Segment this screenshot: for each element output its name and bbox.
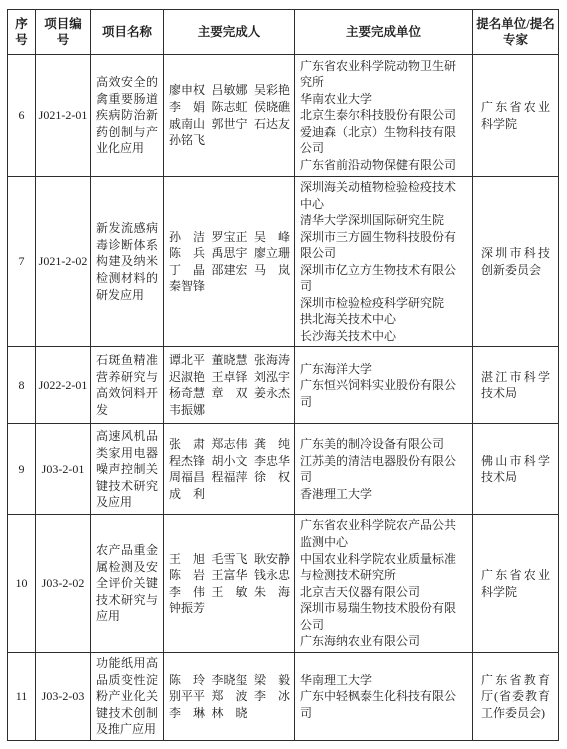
cell-serial: 8 (8, 347, 36, 424)
person-name: 孙洁 (169, 229, 205, 246)
header-nominator: 提名单位/提名专家 (473, 10, 559, 55)
cell-project-code: J03-2-01 (36, 424, 91, 515)
cell-project-code: J021-2-01 (36, 55, 91, 177)
person-name: 李忠华 (254, 453, 290, 470)
person-name: 廖立珊 (254, 245, 290, 262)
cell-people: 陈玲李晓玺梁毅别平平郑波李冰李琳林晓 (164, 652, 295, 740)
document-page: 序号 项目编号 项目名称 主要完成人 主要完成单位 提名单位/提名专家 6J02… (0, 0, 567, 741)
unit-line: 长沙海关技术中心 (300, 328, 466, 345)
person-name: 徐权 (254, 469, 290, 486)
person-name: 朱海 (254, 584, 290, 601)
cell-people: 廖申权吕敏娜吴彩艳李娟陈志虹侯晓礁戚南山郭世宁石达友孙铭飞 (164, 55, 295, 177)
person-name: 林晓 (212, 705, 248, 722)
table-header: 序号 项目编号 项目名称 主要完成人 主要完成单位 提名单位/提名专家 (8, 10, 559, 55)
people-grid: 谭北平董晓慧张海涛迟淑艳王卓铎刘泓宇杨奇慧章双姜永杰韦振娜 (169, 352, 290, 418)
unit-line: 深圳市三方圆生物科技股份有限公司 (300, 229, 466, 262)
person-name: 杨奇慧 (169, 385, 205, 402)
person-name: 马岚 (254, 262, 290, 279)
cell-people: 孙洁罗宝正吴峰陈兵禹思宇廖立珊丁晶邵建宏马岚秦智锋 (164, 177, 295, 347)
cell-project-name: 高效安全的禽重要肠道疾病防治新药创制与产业化应用 (91, 55, 164, 177)
cell-project-code: J021-2-02 (36, 177, 91, 347)
cell-people: 王旭毛雪飞耿安静陈岩王富华钱永忠李伟王敏朱海钟振芳 (164, 515, 295, 652)
cell-project-name: 功能纸用高品质变性淀粉产业化关键技术创制及推广应用 (91, 652, 164, 740)
person-name: 董晓慧 (211, 352, 247, 369)
person-name: 钱永忠 (254, 567, 290, 584)
person-name: 郑波 (212, 688, 248, 705)
person-name: 毛雪飞 (211, 551, 247, 568)
person-name: 李晓玺 (212, 672, 248, 689)
cell-units: 广东美的制冷设备有限公司江苏美的清洁电器股份有限公司香港理工大学 (295, 424, 473, 515)
table-row: 6J021-2-01高效安全的禽重要肠道疾病防治新药创制与产业化应用廖申权吕敏娜… (8, 55, 559, 177)
person-name: 李娟 (169, 99, 205, 116)
table-row: 8J022-2-01石斑鱼精准营养研究与高效饲料开发谭北平董晓慧张海涛迟淑艳王卓… (8, 347, 559, 424)
unit-line: 华南农业大学 (300, 91, 466, 108)
cell-project-code: J03-2-02 (36, 515, 91, 652)
person-name: 龚纯 (254, 436, 290, 453)
person-name: 王卓铎 (211, 369, 247, 386)
people-grid: 陈玲李晓玺梁毅别平平郑波李冰李琳林晓 (169, 672, 290, 722)
people-grid: 廖申权吕敏娜吴彩艳李娟陈志虹侯晓礁戚南山郭世宁石达友孙铭飞 (169, 82, 290, 148)
cell-nominator: 佛山市科学技术局 (473, 424, 559, 515)
person-name: 吴彩艳 (254, 82, 290, 99)
person-name: 王富华 (211, 567, 247, 584)
cell-nominator: 广东省农业科学院 (473, 55, 559, 177)
cell-units: 广东省农业科学院动物卫生研究所华南农业大学北京生泰尔科技股份有限公司爱迪森（北京… (295, 55, 473, 177)
person-name: 陈岩 (169, 567, 205, 584)
header-serial: 序号 (8, 10, 36, 55)
cell-units: 深圳海关动植物检验检疫技术中心清华大学深圳国际研究生院深圳市三方圆生物科技股份有… (295, 177, 473, 347)
person-name: 郭世宁 (211, 116, 247, 133)
unit-line: 拱北海关技术中心 (300, 311, 466, 328)
person-name: 陈玲 (169, 672, 205, 689)
unit-line: 深圳市亿立方生物技术有限公司 (300, 262, 466, 295)
person-name: 李琳 (169, 705, 205, 722)
cell-people: 张肃郑志伟龚纯程杰锋胡小文李忠华周福昌程福萍徐权成利 (164, 424, 295, 515)
people-grid: 孙洁罗宝正吴峰陈兵禹思宇廖立珊丁晶邵建宏马岚秦智锋 (169, 229, 290, 295)
unit-line: 广东美的制冷设备有限公司 (300, 436, 466, 453)
person-name: 程杰锋 (169, 453, 205, 470)
person-name: 耿安静 (254, 551, 290, 568)
header-units: 主要完成单位 (295, 10, 473, 55)
cell-serial: 11 (8, 652, 36, 740)
people-grid: 张肃郑志伟龚纯程杰锋胡小文李忠华周福昌程福萍徐权成利 (169, 436, 290, 502)
person-name: 戚南山 (169, 116, 205, 133)
cell-serial: 9 (8, 424, 36, 515)
unit-line: 爱迪森（北京）生物科技有限公司 (300, 124, 466, 157)
person-name: 成利 (169, 486, 205, 503)
person-name: 别平平 (169, 688, 205, 705)
person-name: 侯晓礁 (254, 99, 290, 116)
header-people: 主要完成人 (164, 10, 295, 55)
cell-nominator: 广东省教育厅(省委教育工作委员会) (473, 652, 559, 740)
header-project-name: 项目名称 (91, 10, 164, 55)
cell-units: 广东海洋大学广东恒兴饲料实业股份有限公司 (295, 347, 473, 424)
unit-line: 江苏美的清洁电器股份有限公司 (300, 453, 466, 486)
table-body: 6J021-2-01高效安全的禽重要肠道疾病防治新药创制与产业化应用廖申权吕敏娜… (8, 55, 559, 741)
person-name: 姜永杰 (254, 385, 290, 402)
person-name: 梁毅 (254, 672, 290, 689)
person-name: 王敏 (211, 584, 247, 601)
unit-line: 深圳海关动植物检验检疫技术中心 (300, 179, 466, 212)
cell-serial: 6 (8, 55, 36, 177)
person-name: 石达友 (254, 116, 290, 133)
unit-line: 广东海纳农业有限公司 (300, 633, 466, 650)
person-name: 程福萍 (211, 469, 247, 486)
person-name: 秦智锋 (169, 278, 205, 295)
header-row: 序号 项目编号 项目名称 主要完成人 主要完成单位 提名单位/提名专家 (8, 10, 559, 55)
cell-project-code: J03-2-03 (36, 652, 91, 740)
header-code: 项目编号 (36, 10, 91, 55)
person-name: 李冰 (254, 688, 290, 705)
unit-line: 广东省农业科学院农产品公共监测中心 (300, 517, 466, 550)
cell-nominator: 深圳市科技创新委员会 (473, 177, 559, 347)
unit-line: 广东省前沿动物保健有限公司 (300, 157, 466, 174)
unit-line: 广东恒兴饲料实业股份有限公司 (300, 377, 466, 410)
person-name: 王旭 (169, 551, 205, 568)
person-name: 胡小文 (211, 453, 247, 470)
table-row: 10J03-2-02农产品重金属检测及安全评价关键技术研究与应用王旭毛雪飞耿安静… (8, 515, 559, 652)
person-name: 谭北平 (169, 352, 205, 369)
person-name: 吴峰 (254, 229, 290, 246)
unit-line: 广东海洋大学 (300, 361, 466, 378)
cell-units: 广东省农业科学院农产品公共监测中心中国农业科学院农业质量标准与检测技术研究所北京… (295, 515, 473, 652)
people-grid: 王旭毛雪飞耿安静陈岩王富华钱永忠李伟王敏朱海钟振芳 (169, 551, 290, 617)
person-name: 刘泓宇 (254, 369, 290, 386)
unit-line: 清华大学深圳国际研究生院 (300, 212, 466, 229)
unit-line: 华南理工大学 (300, 672, 466, 689)
table-row: 9J03-2-01高速风机品类家用电器噪声控制关键技术研究及应用张肃郑志伟龚纯程… (8, 424, 559, 515)
person-name: 郑志伟 (211, 436, 247, 453)
cell-serial: 7 (8, 177, 36, 347)
unit-line: 深圳市检验检疫科学研究院 (300, 295, 466, 312)
cell-project-name: 农产品重金属检测及安全评价关键技术研究与应用 (91, 515, 164, 652)
person-name: 钟振芳 (169, 600, 205, 617)
unit-line: 广东省农业科学院动物卫生研究所 (300, 58, 466, 91)
person-name: 吕敏娜 (211, 82, 247, 99)
person-name: 罗宝正 (211, 229, 247, 246)
unit-line: 香港理工大学 (300, 486, 466, 503)
cell-nominator: 广东省农业科学院 (473, 515, 559, 652)
table-row: 7J021-2-02新发流感病毒诊断体系构建及纳米检测材料的研发应用孙洁罗宝正吴… (8, 177, 559, 347)
table-row: 11J03-2-03功能纸用高品质变性淀粉产业化关键技术创制及推广应用陈玲李晓玺… (8, 652, 559, 740)
person-name: 张海涛 (254, 352, 290, 369)
person-name: 章双 (211, 385, 247, 402)
person-name: 陈兵 (169, 245, 205, 262)
cell-project-name: 石斑鱼精准营养研究与高效饲料开发 (91, 347, 164, 424)
unit-line: 北京吉天仪器有限公司 (300, 584, 466, 601)
person-name: 廖申权 (169, 82, 205, 99)
cell-serial: 10 (8, 515, 36, 652)
unit-line: 北京生泰尔科技股份有限公司 (300, 107, 466, 124)
person-name: 周福昌 (169, 469, 205, 486)
person-name: 李伟 (169, 584, 205, 601)
person-name: 陈志虹 (211, 99, 247, 116)
unit-line: 中国农业科学院农业质量标准与检测技术研究所 (300, 551, 466, 584)
person-name: 孙铭飞 (169, 132, 205, 149)
person-name: 迟淑艳 (169, 369, 205, 386)
cell-project-code: J022-2-01 (36, 347, 91, 424)
person-name: 丁晶 (169, 262, 205, 279)
cell-project-name: 新发流感病毒诊断体系构建及纳米检测材料的研发应用 (91, 177, 164, 347)
cell-units: 华南理工大学广东中轻枫泰生化科技有限公司 (295, 652, 473, 740)
cell-people: 谭北平董晓慧张海涛迟淑艳王卓铎刘泓宇杨奇慧章双姜永杰韦振娜 (164, 347, 295, 424)
person-name: 韦振娜 (169, 402, 205, 419)
unit-line: 广东中轻枫泰生化科技有限公司 (300, 688, 466, 721)
awards-table: 序号 项目编号 项目名称 主要完成人 主要完成单位 提名单位/提名专家 6J02… (7, 9, 559, 741)
person-name: 邵建宏 (211, 262, 247, 279)
person-name: 禹思宇 (211, 245, 247, 262)
cell-project-name: 高速风机品类家用电器噪声控制关键技术研究及应用 (91, 424, 164, 515)
cell-nominator: 湛江市科学技术局 (473, 347, 559, 424)
person-name: 张肃 (169, 436, 205, 453)
unit-line: 深圳市易瑞生物技术股份有限公司 (300, 600, 466, 633)
